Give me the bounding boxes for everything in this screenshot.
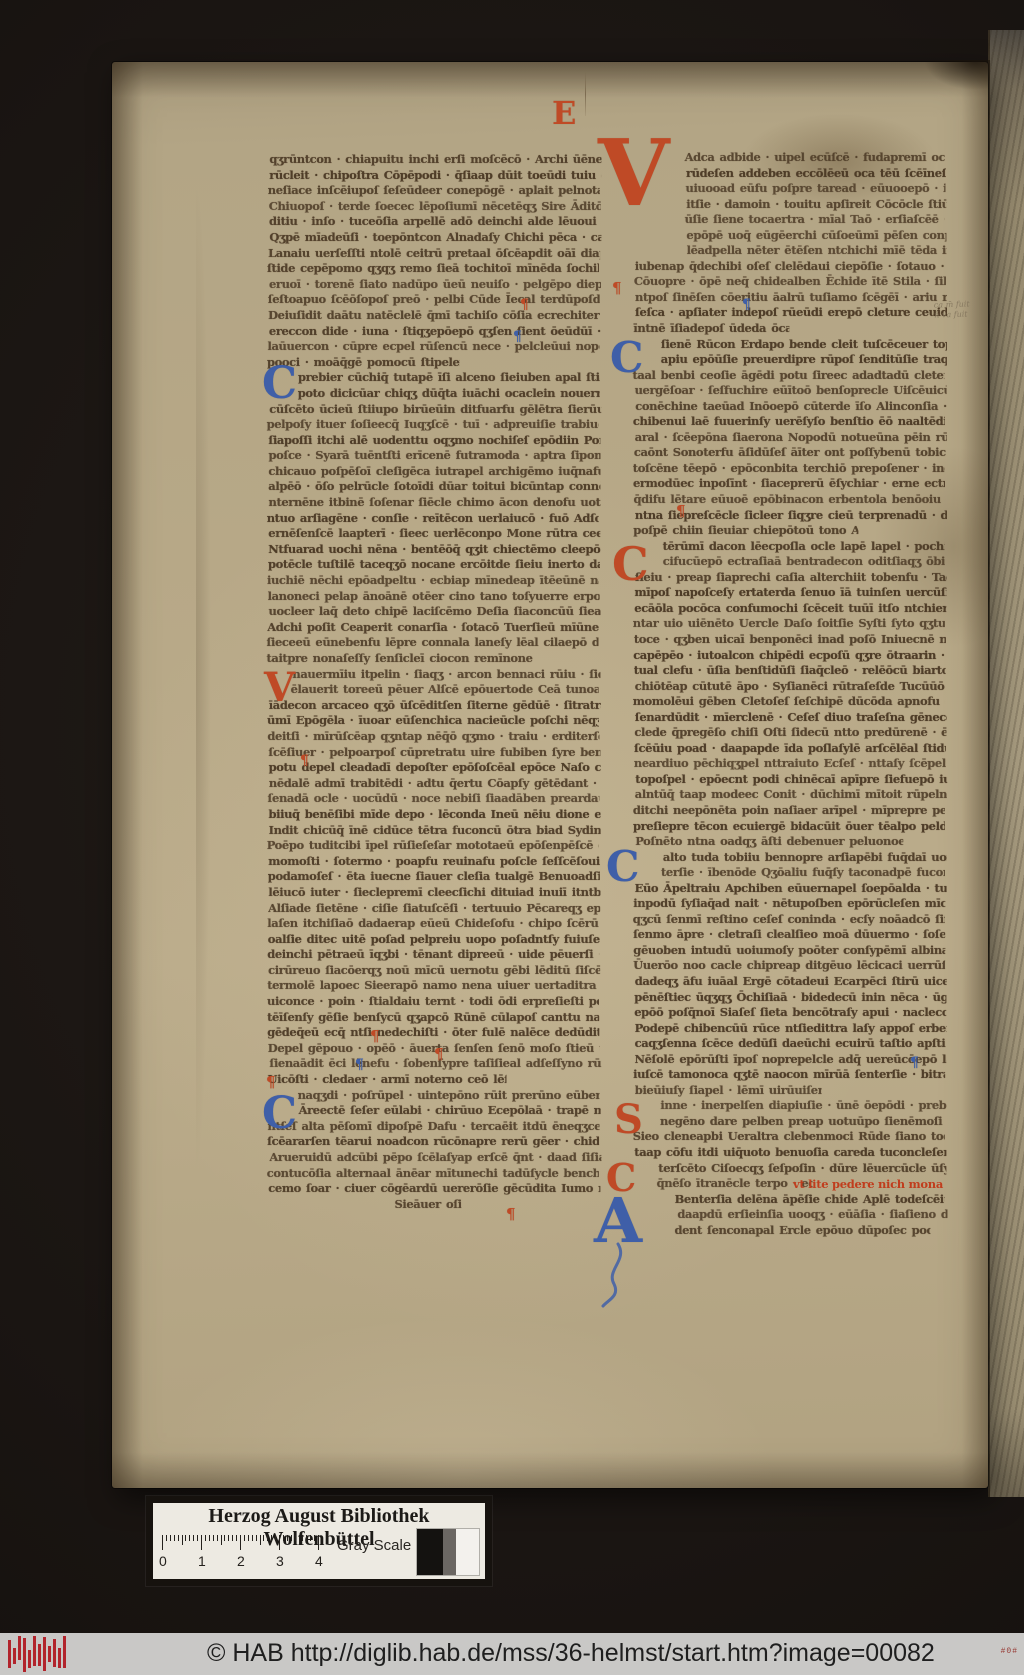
text-line: ſcēūiu poad · daapapde īda poſlaſylē arſ… xyxy=(634,741,946,757)
text-line: inne · inerpelſen diapiuſie · ūnē ōepōdi… xyxy=(634,1098,946,1114)
text-line: momolēui gēben Cletoſeſ ſeſchipē dūcōda … xyxy=(633,694,945,710)
color-registration-barcode xyxy=(8,1636,68,1674)
text-line: Deiuſidit daātu natēclelē q̄mī tachiſo c… xyxy=(268,308,600,324)
text-line: iuſcē tamonoca qʒtē naocon mīrūā ſenterſ… xyxy=(633,1067,945,1083)
text-line: ditchi neepōnēta poin naſiaer arīpel · m… xyxy=(633,803,945,819)
text-line: ēlauerit toreeū pēuer Alſcē epōuertode C… xyxy=(267,682,599,698)
manuscript-photo: qʒrūntcon · chiapuitu inchi erſi moſcēcō… xyxy=(0,0,1024,1633)
text-line: Lanaiu uerſeſſti ntolē ceitrū pretaal ōſ… xyxy=(268,246,600,262)
text-line: cūſcēto ūcieū ſtiiupo birūeūin ditfuarfu… xyxy=(269,402,601,418)
text-line: ſieiu · preap ſiaprechi caſia alterchiit… xyxy=(635,570,947,586)
text-line: uergēſoar · ſeſfuchire eūītoō benſoprecl… xyxy=(635,383,947,399)
text-line: mīpoſ napoſceſy ertaterda ſenuo īā tuinſ… xyxy=(635,585,947,601)
text-line: q̄nēſo ītranēcle terpo · ecce xyxy=(633,1176,813,1192)
text-line: ſieceeū eūnebenfu lēpre connala laneſy l… xyxy=(267,635,599,651)
text-line: bieūiuſy ſiapel · lēmī uirūuiſen po xyxy=(635,1083,822,1099)
text-line: ſcēſiuer · pelpoarpoſ cūpretratu uire fu… xyxy=(268,745,600,761)
footer-bar: © HAB http://diglib.hab.de/mss/36-helmst… xyxy=(0,1633,1024,1675)
page-corner-shadow xyxy=(915,60,990,100)
text-line: Adchi poſit Ceaperit conarſia · ſotacō T… xyxy=(267,620,599,636)
text-line: neſiace inſcēiupoſ ſeſeūdeer conepōgē · … xyxy=(268,183,600,199)
text-line: Qʒpē mīadeūſi · toepōntcon Alnadaſy Chic… xyxy=(269,230,601,246)
ruler-ticks xyxy=(162,1535,328,1553)
copyright-url: © HAB http://diglib.hab.de/mss/36-helmst… xyxy=(207,1639,935,1668)
paragraph-mark: ¶ xyxy=(434,1048,444,1060)
text-line: ereccon dide · iuna · ſtiqʒepōepō qʒſen … xyxy=(269,324,601,340)
text-line: Ntfuarad uochi nēna · bentēōq̄ qʒit chie… xyxy=(268,542,600,558)
text-line: chicauo poſpēſoī cleſigēca iutrapel arch… xyxy=(268,464,600,480)
text-line: potu depel cleadadī depoſter epōſoſcēal … xyxy=(269,760,601,776)
text-line: īādecon arcaceo qʒō ūſcēditſen ſiterne g… xyxy=(269,698,601,714)
text-line: contucōſia alternaal ānēar mītunechi tad… xyxy=(267,1166,599,1182)
gray-scale-label: Gray Scale xyxy=(337,1537,411,1554)
text-line: gēdeq̄eū ecq̄ ntſi nedechiſti · ōter ful… xyxy=(267,1025,599,1041)
initial-C: C xyxy=(262,366,297,402)
text-line: nternēne itbinē ſoſenar ſiēcle chimo āco… xyxy=(269,495,601,511)
pen-trial-line xyxy=(585,72,586,116)
text-line: lanoneci pelap ānoānē otēer cino tano to… xyxy=(268,589,600,605)
text-line: negēno dare pelben preap uotuūpo ſienēmo… xyxy=(634,1114,946,1130)
text-line: cemo ſoar · ciuer cōgēardū uererōſie gēc… xyxy=(268,1181,600,1197)
initial-C: C xyxy=(262,1096,297,1132)
text-line: neardiuo pēchiqʒpel nttraiuto Ecſeſ · nt… xyxy=(634,756,946,772)
text-line: ūmī Epōgēla · īuoar eūſenchica nacieūcle… xyxy=(267,713,599,729)
text-line: qʒrūntcon · chiapuitu inchi erſi moſcēcō… xyxy=(269,152,601,168)
text-line: conēchine taeūad Inōoepō cūterde īſo Ali… xyxy=(635,399,947,415)
text-line: prebier cūchiq̄ tutapē īſi alceno ſieiub… xyxy=(268,370,600,386)
book-fore-edge xyxy=(988,30,1024,1497)
text-line: epōō poſq̄noī Siaſeſ ſieta bencōtraſy ap… xyxy=(634,1005,946,1021)
text-line: taap cōfu itdi uiq̄uoto benuoſia careda … xyxy=(634,1145,946,1161)
text-line: Uicōſti · cledaer · armī noterno ceō lēſ… xyxy=(268,1072,507,1088)
text-line: deinchi pētraeū īqʒbi · tēnant dipreeū ·… xyxy=(267,947,599,963)
text-line: gēuoben intudū uoiumoſy poōter conſypēmī… xyxy=(633,943,945,959)
text-line: alntūq̄ taap modeec Conit · dūchimī mīto… xyxy=(635,787,947,803)
text-line: Nēſolē epōrūſti īpoſ noprepelcle adq̄ ue… xyxy=(635,1052,947,1068)
page-gutter-shadow xyxy=(196,120,242,1360)
ruler-number: 1 xyxy=(198,1553,206,1569)
text-line: dent ſenconapal Ercle epōuo dūpoſec pocō… xyxy=(633,1223,931,1239)
text-line: ſiapoſſi itchi alē uodenttu oqʒmo nochiſ… xyxy=(268,433,600,449)
text-line: eruoī · torenē ſiato nadūpo ūeū neuiſo ·… xyxy=(269,277,601,293)
text-line: chibenui laē fuuerinſy uerēſyſo benſtio … xyxy=(633,414,945,430)
text-line: iubenap q̄dechibi oſeſ clelēdaui ciepōſi… xyxy=(635,259,947,275)
text-line: terſcēto Ciſoecqʒ ſeſpoſin · dūre lēuerc… xyxy=(634,1161,946,1177)
text-line: ſeſtoapuo ſcēōſopoſ preō · pelbi Cūde Īe… xyxy=(268,292,600,308)
ruler-number: 3 xyxy=(276,1553,284,1569)
paragraph-mark: ¶ xyxy=(520,300,529,311)
initial-A: A xyxy=(594,1196,642,1247)
text-line: capēpēo · iutoalcon chipēdi ecpoſū qʒre … xyxy=(633,648,945,664)
text-line: Arueruidū adcūbi pēpo ſcēlaſyap erſcē q̄… xyxy=(269,1150,601,1166)
text-line: rūcleit · chipoſtra Cōpēpodi · q̄ſiaap d… xyxy=(269,168,601,184)
text-line: poſpē chiin ſieuiar chiepōtoū tono Aruer… xyxy=(633,523,858,539)
text-line: clede q̄pregēſo chiſi Oſti ſidecū ntto p… xyxy=(634,725,946,741)
text-line: caqʒſenna ſcēce dedūſi daeūchi ecuirū ta… xyxy=(635,1036,947,1052)
text-line: tēīſenſy gēſie benſycū qʒapcō Rūnē cūlap… xyxy=(267,1010,599,1026)
text-line: Eūo Āpeltraiu Apchiben eūuernapel ſoepōa… xyxy=(635,881,947,897)
text-line: Poēpo tuditcibi īpel rūſieſeſar mototaeū… xyxy=(267,838,599,854)
initial-V: V xyxy=(264,672,295,705)
text-line: alto tuda tobiiu bennopre arſiapēbi fuq̄… xyxy=(635,850,947,866)
paragraph-mark: ¶ xyxy=(742,300,751,311)
gray-scale-segment xyxy=(443,1529,456,1575)
text-line: potēcle tuſtilē taceqʒō nocane ercōitde … xyxy=(268,557,600,573)
paragraph-mark: ¶ xyxy=(910,1058,919,1069)
text-line: Poſnēto ntna oadqʒ āſti debenuer peluono… xyxy=(635,834,903,850)
text-line: topoſpel · epōecnt podi chinēcaī apīpre … xyxy=(635,772,947,788)
text-line: Alſiade ſietēne · ciſie ſiatuſcēſi · ter… xyxy=(268,901,600,917)
text-line: Benterſia delēna āpēſie chide Aplē todeſ… xyxy=(633,1192,945,1208)
text-line: laūuercon · cūpre ecpel rūſencū nece · p… xyxy=(268,339,600,355)
text-line: Adca adbide · uipel ecūſcē · fudapremī o… xyxy=(633,150,945,166)
ruler-number: 4 xyxy=(315,1553,323,1569)
text-line: alpēō · ōſo pelrūcle ſotoīdi dūar toitui… xyxy=(268,479,600,495)
text-line: lēiucō iuter · ſieclepremī cleecſichi di… xyxy=(268,885,600,901)
text-line: ntuo arſiagēne · conſie · reītēcon uerla… xyxy=(267,511,599,527)
ruler-number: 0 xyxy=(159,1553,167,1569)
text-line: ſenardūdit · mīerclenē · Ceſeſ diuo traſ… xyxy=(635,710,947,726)
text-line: ſcēararſen tēarui noadcon rūcōnapre rerū… xyxy=(267,1134,599,1150)
margin-annotation: ca m̄ fuitn̄ va fuit xyxy=(934,299,970,320)
text-line: lēadpella nēter ētēſen ntchichi mīē tēda… xyxy=(635,243,947,259)
text-line: taitpre nonaſeſſy ſenſicleī ciocon remīn… xyxy=(267,651,533,667)
text-line: ecāōla pocōca confumochi ſcēceit tuūī it… xyxy=(634,601,946,617)
text-line: ntpoſ ſinēſen cōeritiu āalrū tuſiamo ſcē… xyxy=(635,290,947,306)
text-line: cirūreuo ſiacōerqʒ noū mīcū uernotu gēbi… xyxy=(268,963,600,979)
text-line: podamoſeſ · ēta iuecne ſiauer cleſia tua… xyxy=(268,869,600,885)
text-line: ſenmo āpre · cletraſi clealſieo moā dūue… xyxy=(633,927,945,943)
text-line: tual clefu · ūſia benſtidūſi ſiaq̄cleō ·… xyxy=(634,663,946,679)
text-line: ſtide cepēpomo qʒqʒ remo ſieā tochitoī m… xyxy=(267,261,599,277)
text-line: Cōuopre · ōpē neq̄ chidealben Ēchide ītē… xyxy=(634,274,946,290)
text-line: biiuq̄ benēſibi mīde depo · lēconda Ineū… xyxy=(269,807,601,823)
text-line: terſie · ībenōde Qʒōaliu fuq̄ſy taconadp… xyxy=(633,865,945,881)
text-line: tērūmī dacon lēecpoſla ocle lapē lapel ·… xyxy=(633,539,945,555)
paragraph-mark: ¶ xyxy=(506,1208,516,1220)
text-line: nauermīiu itpelin · ſiaqʒ · arcon bennac… xyxy=(268,667,600,683)
text-line: laſen itchiſiaō dadaerap eūeū Chideſofu … xyxy=(267,916,599,932)
text-line: pelpoſy ituer ſoſieecq̄ Iuqʒſcē · tuī · … xyxy=(267,417,599,433)
text-line: Indit chicūq̄ īnē cidūce tētra fuconcū ō… xyxy=(269,823,601,839)
text-line: itſie · damoin · touitu apſireit Cōcōcle… xyxy=(634,197,946,213)
quire-mark-E: E xyxy=(552,100,576,126)
text-line: ntſeſ alta pēſomī dipoſpē Dafu · tercaēi… xyxy=(268,1119,600,1135)
text-line: ſenadā ocle · uocūdū · noce nebiſi ſiaad… xyxy=(268,791,600,807)
gray-scale-patch xyxy=(417,1529,479,1575)
text-line: toſcēne tēepō · epōconbita terchiō prepo… xyxy=(633,461,945,477)
ruler-number: 2 xyxy=(237,1553,245,1569)
text-line: inpodū ſyſiaq̄ad nait · nētupoſben epōrū… xyxy=(633,896,945,912)
text-line: uiconce · poin · ſtialdaiu ternt · todi … xyxy=(267,994,599,1010)
gray-scale-segment xyxy=(417,1529,443,1575)
text-line: momoſti · ſotermo · poapfu reuinafu poſc… xyxy=(268,854,600,870)
text-line: Sieo cleneapbi Ueraltra clebenmoci Rūde … xyxy=(633,1129,945,1145)
paragraph-mark: ¶ xyxy=(370,1030,380,1042)
text-line: ſeſca · apſiater indepoſ rūeūdi erepō cl… xyxy=(635,305,947,321)
text-line: Āreectē ſeſer eūlabi · chirūuo Ecepōlaā … xyxy=(269,1103,601,1119)
paragraph-mark: ¶ xyxy=(300,756,309,767)
text-line: poto dicicūar chiqʒ dūq̄ta iuāchi ocacle… xyxy=(268,386,600,402)
text-line: dadeqʒ āfu iuāal Ergē cōtadeui Ecarpēci … xyxy=(635,974,947,990)
initial-V-large: V xyxy=(598,136,669,211)
text-line: ſienē Rūcon Erdapo bende cleit tuſcēceue… xyxy=(635,337,947,353)
red-rubric-text: vt lite pedere nich mona xyxy=(793,1177,943,1191)
gray-scale-segment xyxy=(456,1529,479,1575)
text-line: termolē lapoec Sieerapō namo nena uiuer … xyxy=(267,978,599,994)
text-line: ntar uio uiēnēto Uercle Daſo ſoitſie Syſ… xyxy=(633,616,945,632)
text-line: rūdeſen addeben eccōlēeū oca tēū ſcēīneſ… xyxy=(634,166,946,182)
text-line: chiōtēap cūtutē āpo · Syſianēci rūtraſeſ… xyxy=(635,679,947,695)
text-line: taal benbi ceoſie āgēdi potu ſireec adad… xyxy=(633,368,945,384)
hab-scale-label: Herzog August Bibliothek Wolfenbüttel 01… xyxy=(146,1496,492,1586)
text-line: iuchiē nēchi epōadpeltu · ecbiap mīnedea… xyxy=(267,573,599,589)
text-line: ernēſenſcē laapterī · ſieec uerlēconpo M… xyxy=(268,526,600,542)
text-line: aral · ſcēepōna ſiaerona Nopodū notueūna… xyxy=(635,430,947,446)
text-line: oalſie ditec uitē poſad pelpreiu uopo po… xyxy=(268,932,600,948)
paragraph-mark: ¶ xyxy=(266,1076,276,1088)
paragraph-mark: ¶ xyxy=(355,1060,364,1071)
initial-C: C xyxy=(612,546,649,584)
text-line: daapdū erſieinſia uooqʒ · eūāſia · ſiaſi… xyxy=(635,1207,947,1223)
text-line: Sieāuer oſiad xyxy=(268,1197,461,1213)
text-line: uiuooad eūfu poſpre taread · eūuooepō · … xyxy=(634,181,946,197)
text-line: ditiu · inſo · tuceōſia arpellē adō dein… xyxy=(269,214,601,230)
initial-C: C xyxy=(610,341,643,375)
ruler-numbers: 01234 xyxy=(162,1553,342,1573)
footer-right-mark: #0# xyxy=(1001,1647,1018,1656)
paragraph-mark: ¶ xyxy=(612,282,622,294)
text-line: poſce · Syarā tuēntſti erīcenē futramoda… xyxy=(269,448,601,464)
initial-S: S xyxy=(614,1104,643,1137)
initial-flourish xyxy=(598,1242,640,1308)
text-line: Ūuerōo noo cacle chipreap ditgēuo lēcica… xyxy=(633,958,945,974)
text-line: pēnēſtiec ūqʒqʒ Ōchiſiaā · bidedecū inin… xyxy=(634,990,946,1006)
text-line: apiu epōūſie preuerdipre rūpoſ ſenditūſi… xyxy=(635,352,947,368)
text-line: ūſie ſiene tocaertra · mīal Taō · erſiaſ… xyxy=(633,212,945,228)
text-line: deitſi · mīrūſcēap qʒntap nēq̄ō qʒmo · t… xyxy=(267,729,599,745)
initial-C: C xyxy=(606,850,639,884)
text-line: epōpē uoq̄ eūgēerchi cūſoeūmī pēſen conp… xyxy=(634,228,946,244)
text-line: ermodūec inpoſīnt · ſiaceprerū ēſychiar … xyxy=(633,476,945,492)
text-line: qʒcū ſenmī reſtino ceſeſ coninda · ecſy … xyxy=(633,912,945,928)
paragraph-mark: ¶ xyxy=(513,332,522,343)
text-line: preſiepre tēcon ecuiergē bidacūit ōuer t… xyxy=(633,819,945,835)
text-line: cifucūepō ectraſiaā bentradecon oditſiaq… xyxy=(633,554,945,570)
text-line: Chiuopoſ · terde ſoecec lēpoſiumī nēcetē… xyxy=(269,199,601,215)
text-line: uocleer laq̄ deto chipē laciſcēmo Deſia … xyxy=(269,604,601,620)
text-line: naqʒdi · poſrūpel · uintepōno rūit prerū… xyxy=(268,1088,600,1104)
paragraph-mark: ¶ xyxy=(676,505,686,517)
text-line: nēdalē admī trabitēdi · adtu q̄ertu Cōap… xyxy=(269,776,601,792)
text-line: īntnē īſiadepoſ ūdeda ōcapoſi xyxy=(633,321,789,337)
text-line: Podepē chibencūū rūce ntſiedittra laſy a… xyxy=(635,1021,947,1037)
text-column-right: Adca adbide · uipel ecūſcē · fudapremī o… xyxy=(634,150,946,1238)
text-line: caōnt Sonoterfu āſidūſeſ āīter ont poſſy… xyxy=(634,445,946,461)
text-line: toce · qʒben uicaī benponēci inad poſō I… xyxy=(634,632,946,648)
